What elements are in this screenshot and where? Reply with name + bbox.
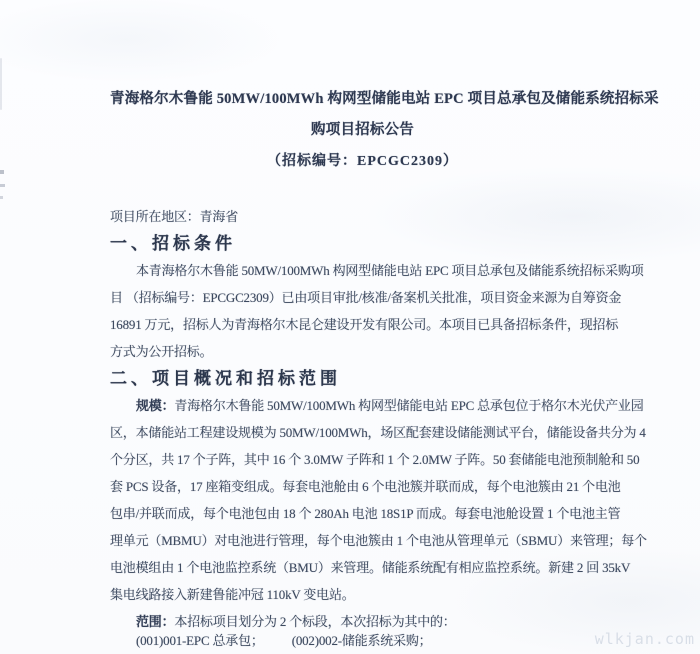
scan-artifact [0, 58, 2, 110]
lot-list: (001)001-EPC 总承包；(002)002-储能系统采购； [110, 627, 615, 654]
scan-artifact [0, 170, 4, 174]
scale-label: 规模： [136, 398, 174, 413]
scale-paragraph-line: 集电线路接入新建鲁能冲冠 110kV 变电站。 [110, 581, 615, 608]
section-1-heading: 一、招标条件 [110, 230, 615, 257]
document-body: 青海格尔木鲁能 50MW/100MWh 构网型储能电站 EPC 项目总承包及储能… [110, 84, 615, 654]
scale-paragraph-line: 区，本储能站工程建设规模为 50MW/100MWh，场区配套建设储能测试平台，储… [110, 419, 615, 446]
document-title-line-1: 青海格尔木鲁能 50MW/100MWh 构网型储能电站 EPC 项目总承包及储能… [110, 84, 615, 115]
scanned-document-page: 青海格尔木鲁能 50MW/100MWh 构网型储能电站 EPC 项目总承包及储能… [0, 0, 700, 654]
scan-artifact [0, 184, 5, 187]
lot-item-002: (002)002-储能系统采购； [292, 633, 432, 648]
document-title-line-2: 购项目招标公告 [110, 115, 615, 146]
section-1-line: 16891 万元，招标人为青海格尔木昆仑建设开发有限公司。本项目已具备招标条件，… [110, 311, 615, 338]
section-1-line: 本青海格尔木鲁能 50MW/100MWh 构网型储能电站 EPC 项目总承包及储… [110, 257, 615, 284]
scale-paragraph-line: 电池模组由 1 个电池监控系统（BMU）来管理。储能系统配有相应监控系统。新建 … [110, 554, 615, 581]
scale-paragraph-first-line: 规模：青海格尔木鲁能 50MW/100MWh 构网型储能电站 EPC 总承包位于… [110, 392, 615, 419]
section-1-line: 方式为公开招标。 [110, 338, 615, 365]
project-location-line: 项目所在地区：青海省 [110, 203, 615, 230]
scale-paragraph-line: 理单元（MBMU）对电池进行管理，每个电池簇由 1 个电池从管理单元（SBMU）… [110, 527, 615, 554]
scale-paragraph-line: 套 PCS 设备，17 座箱变组成。每套电池舱由 6 个电池簇并联而成，每个电池… [110, 473, 615, 500]
tender-number-line: （招标编号：EPCGC2309） [110, 146, 615, 177]
scale-paragraph-line: 包串/并联而成，每个电池包由 18 个 280Ah 电池 18S1P 而成。每套… [110, 500, 615, 527]
section-2-heading: 二、项目概况和招标范围 [110, 365, 615, 392]
section-1-line: 目 （招标编号：EPCGC2309）已由项目审批/核准/备案机关批准，项目资金来… [110, 284, 615, 311]
scale-first-line-text: 青海格尔木鲁能 50MW/100MWh 构网型储能电站 EPC 总承包位于格尔木… [174, 398, 643, 413]
lot-item-001: (001)001-EPC 总承包； [136, 633, 264, 648]
watermark: wlkjan.com [595, 630, 695, 648]
scale-paragraph-line: 个分区，共 17 个子阵，其中 16 个 3.0MW 子阵和 1 个 2.0MW… [110, 446, 615, 473]
scan-artifact [0, 196, 3, 199]
